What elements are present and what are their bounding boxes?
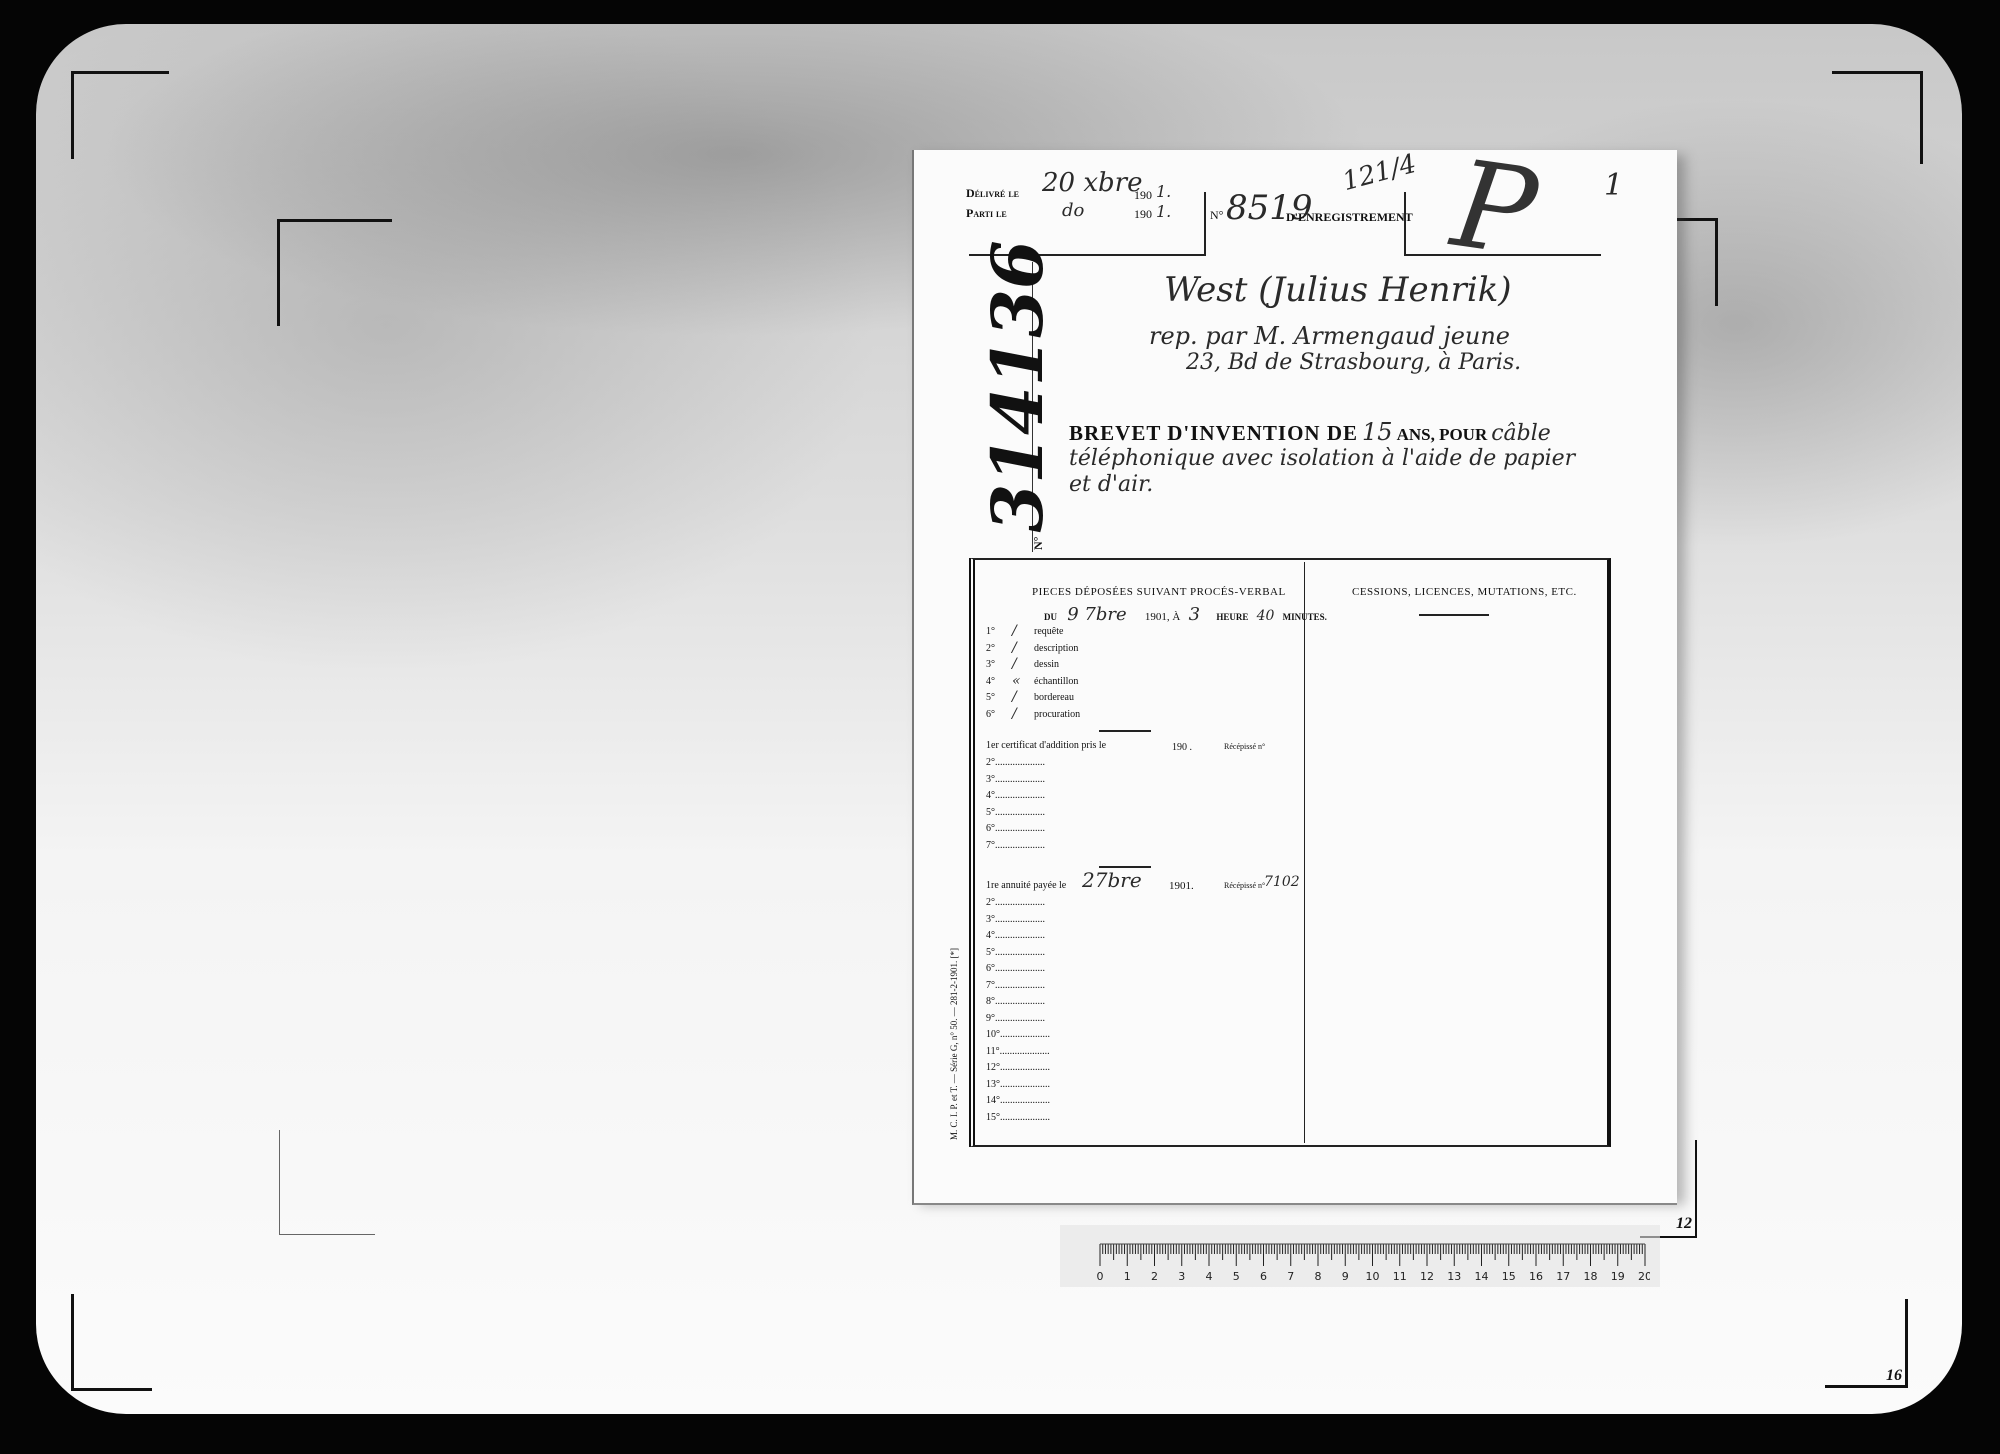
corner-bracket-bottom-left-outer: [71, 1294, 152, 1391]
delivered-year-suffix: 1.: [1156, 182, 1171, 201]
patent-number-block: N° 314136: [976, 240, 1059, 550]
dotted-row: 7°....................: [986, 840, 1045, 851]
certificate-first-label: 1er certificat d'addition pris le: [986, 740, 1106, 751]
dotted-row: 7°....................: [986, 980, 1045, 991]
svg-text:5: 5: [1233, 1270, 1240, 1282]
dotted-row: 8°....................: [986, 996, 1045, 1007]
svg-text:20: 20: [1638, 1270, 1650, 1282]
title-printed-middle: ANS, POUR: [1397, 425, 1488, 444]
delivered-label: Délivré le: [966, 186, 1019, 201]
svg-text:11: 11: [1393, 1270, 1407, 1282]
item-count: /: [1012, 656, 1017, 672]
form-reference-note: M. C. I. P. et T. — Série G, n° 50. — 28…: [949, 948, 959, 1140]
svg-text:10: 10: [1366, 1270, 1380, 1282]
annuity-first-date: 27bre: [1082, 868, 1142, 892]
hour-label: HEURE: [1216, 612, 1248, 622]
title-duration: 15: [1362, 418, 1393, 446]
svg-text:9: 9: [1342, 1270, 1349, 1282]
item-number: 5°: [986, 692, 995, 703]
svg-text:1: 1: [1124, 1270, 1131, 1282]
left-year-prefix: 190: [1134, 207, 1152, 222]
item-number: 3°: [986, 659, 995, 670]
svg-text:17: 17: [1556, 1270, 1570, 1282]
date-year: 1901, À: [1145, 611, 1180, 623]
item-label: dessin: [1034, 659, 1059, 670]
pieces-heading: PIECES DÉPOSÉES SUIVANT PROCÉS-VERBAL: [1032, 586, 1286, 598]
item-count: /: [1012, 640, 1017, 656]
annuity-receipt-value: 7102: [1264, 874, 1300, 890]
minutes-value: 40: [1257, 608, 1275, 624]
corner-bracket-top-left-inner: [277, 219, 392, 326]
dotted-row: 15°....................: [986, 1112, 1050, 1123]
dotted-row: 4°....................: [986, 930, 1045, 941]
certificate-year: 190 .: [1172, 742, 1192, 753]
applicant-representative: rep. par M. Armengaud jeune: [1149, 322, 1510, 350]
annuity-year: 1901.: [1169, 880, 1194, 892]
patent-title: BREVET D'INVENTION DE 15 ANS, POUR câble: [1069, 418, 1551, 446]
minutes-label: MINUTES.: [1283, 612, 1327, 622]
dotted-row: 14°....................: [986, 1095, 1050, 1106]
dotted-row: 12°....................: [986, 1062, 1050, 1073]
applicant-address: 23, Bd de Strasbourg, à Paris.: [1186, 350, 1521, 375]
left-date: do: [1062, 200, 1084, 221]
table-divider: [1304, 562, 1305, 1143]
dotted-row: 11°....................: [986, 1046, 1050, 1057]
item-count: «: [1012, 673, 1021, 689]
dotted-row: 4°....................: [986, 790, 1045, 801]
svg-text:2: 2: [1151, 1270, 1158, 1282]
corner-bracket-top-right-outer: [1832, 71, 1923, 164]
frame-mark-lower: 16: [1886, 1367, 1902, 1385]
title-handwritten-line-3: et d'air.: [1069, 472, 1153, 497]
dotted-row: 5°....................: [986, 947, 1045, 958]
title-handwritten-line-2: téléphonique avec isolation à l'aide de …: [1069, 446, 1575, 471]
item-number: 4°: [986, 676, 995, 687]
dotted-row: 2°....................: [986, 897, 1045, 908]
delivered-date: 20 xbre: [1042, 168, 1142, 198]
pieces-date-line: DU 9 7bre 1901, À 3 HEURE 40 MINUTES.: [1044, 604, 1327, 625]
svg-text:0: 0: [1097, 1270, 1104, 1282]
delivered-year-prefix: 190: [1134, 188, 1152, 203]
dotted-row: 6°....................: [986, 963, 1045, 974]
svg-text:18: 18: [1584, 1270, 1598, 1282]
corner-bracket-bottom-left-inner: [279, 1130, 375, 1235]
cessions-heading: CESSIONS, LICENCES, MUTATIONS, ETC.: [1352, 586, 1577, 598]
item-number: 1°: [986, 626, 995, 637]
patent-number: 314136: [976, 240, 1059, 532]
dotted-row: 2°....................: [986, 757, 1045, 768]
left-label: Parti le: [966, 206, 1007, 221]
dotted-row: 13°....................: [986, 1079, 1050, 1090]
page-number: 1: [1604, 168, 1623, 203]
date-prefix: DU: [1044, 612, 1057, 622]
svg-text:13: 13: [1447, 1270, 1461, 1282]
dotted-row: 10°....................: [986, 1029, 1050, 1040]
svg-text:4: 4: [1206, 1270, 1213, 1282]
annuity-receipt-label: Récépissé n°: [1224, 881, 1265, 890]
title-handwritten-line-1: câble: [1491, 421, 1551, 446]
item-label: procuration: [1034, 709, 1080, 720]
svg-text:6: 6: [1260, 1270, 1267, 1282]
item-label: bordereau: [1034, 692, 1074, 703]
svg-text:15: 15: [1502, 1270, 1516, 1282]
svg-text:14: 14: [1475, 1270, 1489, 1282]
applicant-name: West (Julius Henrik): [1164, 270, 1512, 310]
frame-mark-upper: 12: [1676, 1215, 1692, 1233]
certificate-receipt-label: Récépissé n°: [1224, 742, 1265, 751]
registration-label: D'ENREGISTREMENT: [1286, 210, 1413, 225]
dotted-row: 3°....................: [986, 914, 1045, 925]
large-handwritten-mark: P: [1446, 145, 1543, 275]
item-count: /: [1012, 623, 1017, 639]
item-number: 6°: [986, 709, 995, 720]
separator-rule-1: [1099, 730, 1151, 732]
item-label: requête: [1034, 626, 1063, 637]
svg-text:7: 7: [1287, 1270, 1294, 1282]
title-printed-prefix: BREVET D'INVENTION DE: [1069, 421, 1358, 445]
hour-value: 3: [1189, 604, 1200, 625]
svg-text:16: 16: [1529, 1270, 1543, 1282]
dotted-row: 6°....................: [986, 823, 1045, 834]
corner-bracket-top-left-outer: [71, 71, 169, 159]
patent-number-prefix: N°: [1031, 537, 1045, 550]
scale-ruler: 01234567891011121314151617181920: [1095, 1242, 1650, 1282]
svg-text:19: 19: [1611, 1270, 1625, 1282]
dotted-row: 9°....................: [986, 1013, 1045, 1024]
registration-prefix: N°: [1210, 208, 1223, 223]
dotted-row: 3°....................: [986, 774, 1045, 785]
fraction-note: 121/4: [1339, 149, 1419, 197]
item-count: /: [1012, 706, 1017, 722]
svg-text:8: 8: [1315, 1270, 1322, 1282]
annuity-first-label: 1re annuité payée le: [986, 880, 1066, 891]
item-label: description: [1034, 643, 1078, 654]
item-number: 2°: [986, 643, 995, 654]
date-value: 9 7bre: [1067, 604, 1126, 625]
svg-text:12: 12: [1420, 1270, 1434, 1282]
dotted-row: 5°....................: [986, 807, 1045, 818]
left-year-suffix: 1.: [1156, 202, 1171, 221]
cessions-rule: [1419, 614, 1489, 616]
item-count: /: [1012, 689, 1017, 705]
item-label: échantillon: [1034, 676, 1078, 687]
patent-document: Délivré le 20 xbre 190 1. Parti le do 19…: [912, 150, 1677, 1205]
svg-text:3: 3: [1178, 1270, 1185, 1282]
